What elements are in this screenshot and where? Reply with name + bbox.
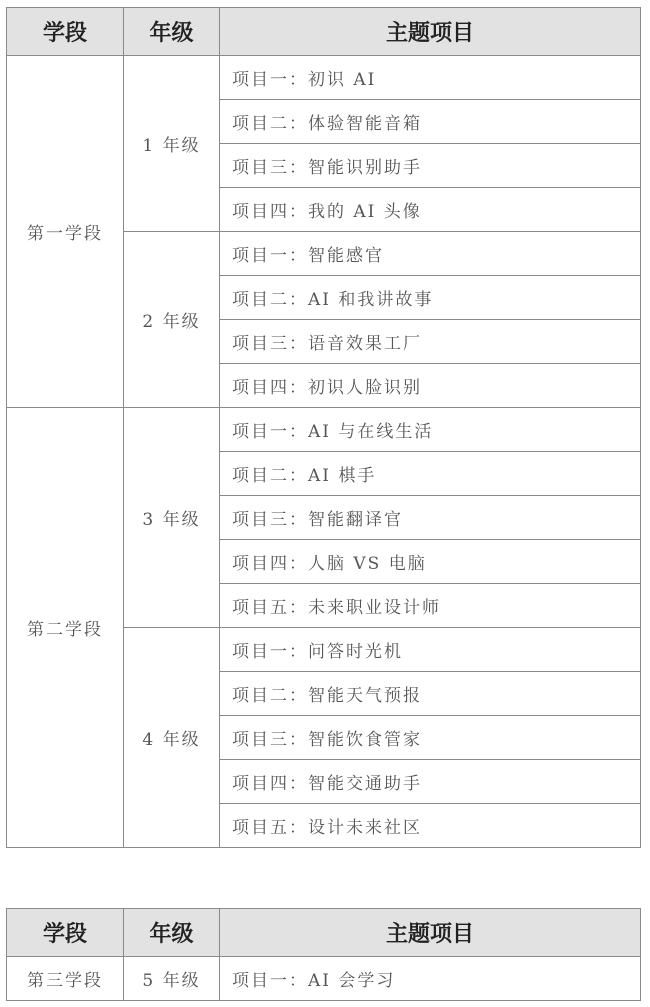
table-row: 第二学段 3 年级 项目一：AI 与在线生活: [7, 408, 641, 452]
project-cell: 项目三：智能识别助手: [220, 144, 641, 188]
project-cell: 项目四：人脑 VS 电脑: [220, 540, 641, 584]
stage-cell: 第一学段: [7, 56, 124, 408]
header-grade: 年级: [124, 909, 220, 957]
project-cell: 项目四：智能交通助手: [220, 760, 641, 804]
grade-cell: 3 年级: [124, 408, 220, 628]
project-cell: 项目三：语音效果工厂: [220, 320, 641, 364]
curriculum-table-2: 学段 年级 主题项目 第三学段 5 年级 项目一：AI 会学习: [6, 908, 641, 1001]
header-row: 学段 年级 主题项目: [7, 8, 641, 56]
table-row: 第三学段 5 年级 项目一：AI 会学习: [7, 957, 641, 1001]
header-row: 学段 年级 主题项目: [7, 909, 641, 957]
project-cell: 项目一：初识 AI: [220, 56, 641, 100]
header-project: 主题项目: [220, 909, 641, 957]
grade-cell: 2 年级: [124, 232, 220, 408]
project-cell: 项目五：未来职业设计师: [220, 584, 641, 628]
table-row: 第一学段 1 年级 项目一：初识 AI: [7, 56, 641, 100]
stage-cell: 第三学段: [7, 957, 124, 1001]
curriculum-table-1: 学段 年级 主题项目 第一学段 1 年级 项目一：初识 AI 项目二：体验智能音…: [6, 7, 641, 848]
stage-cell: 第二学段: [7, 408, 124, 848]
project-cell: 项目二：AI 棋手: [220, 452, 641, 496]
project-cell: 项目四：初识人脸识别: [220, 364, 641, 408]
header-project: 主题项目: [220, 8, 641, 56]
project-cell: 项目四：我的 AI 头像: [220, 188, 641, 232]
project-cell: 项目一：AI 与在线生活: [220, 408, 641, 452]
project-cell: 项目三：智能翻译官: [220, 496, 641, 540]
project-cell: 项目五：设计未来社区: [220, 804, 641, 848]
grade-cell: 1 年级: [124, 56, 220, 232]
project-cell: 项目二：AI 和我讲故事: [220, 276, 641, 320]
project-cell: 项目一：问答时光机: [220, 628, 641, 672]
grade-cell: 5 年级: [124, 957, 220, 1001]
project-cell: 项目一：AI 会学习: [220, 957, 641, 1001]
header-stage: 学段: [7, 8, 124, 56]
project-cell: 项目二：智能天气预报: [220, 672, 641, 716]
header-stage: 学段: [7, 909, 124, 957]
project-cell: 项目一：智能感官: [220, 232, 641, 276]
project-cell: 项目三：智能饮食管家: [220, 716, 641, 760]
project-cell: 项目二：体验智能音箱: [220, 100, 641, 144]
grade-cell: 4 年级: [124, 628, 220, 848]
header-grade: 年级: [124, 8, 220, 56]
